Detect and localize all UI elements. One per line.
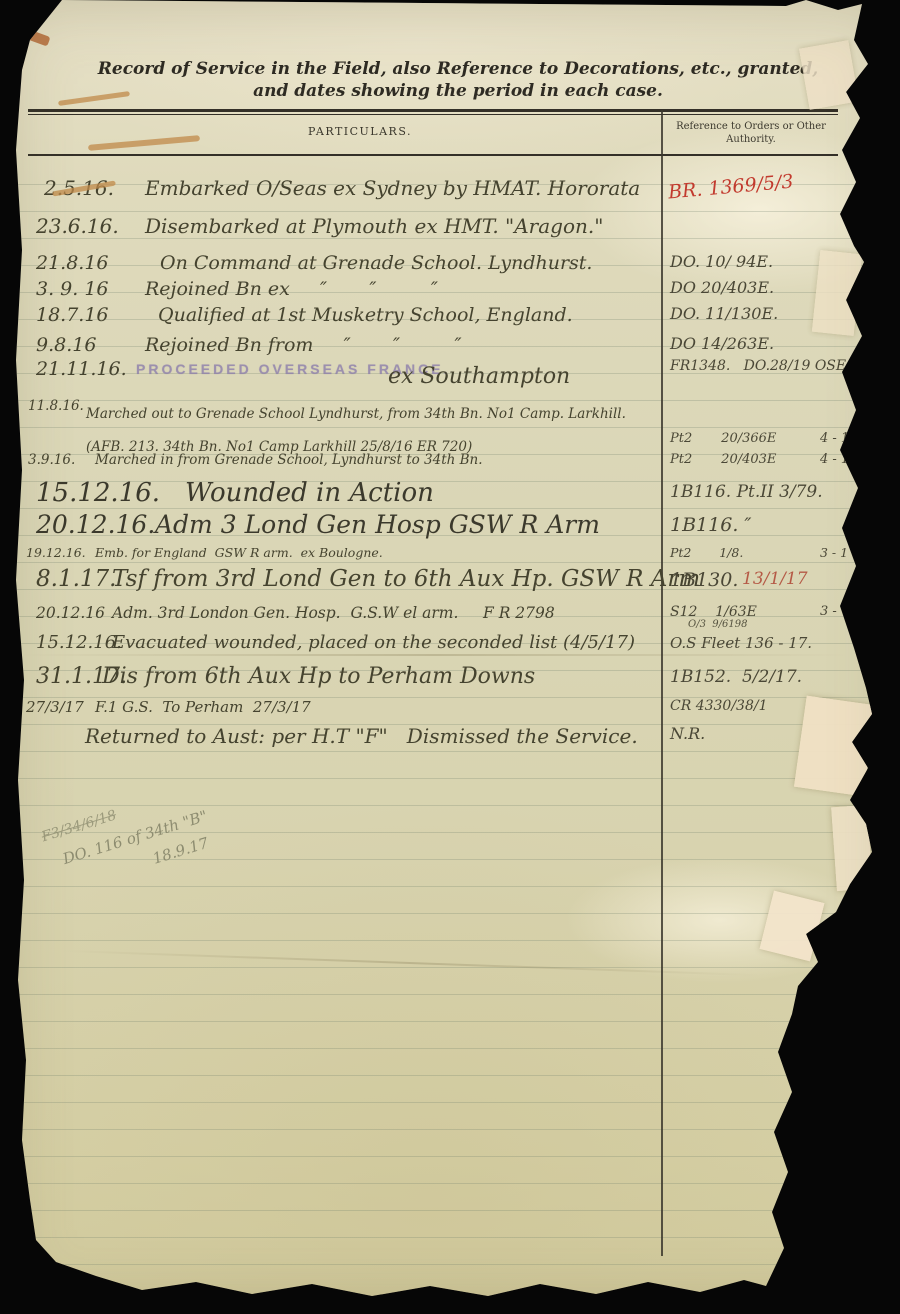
entry-text: Evacuated wounded, placed on the seconde… — [112, 632, 635, 653]
tape-repair — [760, 891, 825, 962]
entry-reference-extra: 3 - — [820, 604, 837, 619]
header-rule-top — [28, 109, 838, 112]
entry-reference: Pt2 20/366E — [670, 431, 776, 446]
entry-date: 18.7.16 — [36, 304, 109, 326]
entry-date: 3.9.16. — [28, 452, 75, 468]
entry-date: 20.12.16 — [36, 604, 105, 622]
column-header-particulars: PARTICULARS. — [60, 125, 660, 138]
entry-reference-superscript: O/3 9/6198 — [688, 619, 747, 630]
entry-date: 19.12.16. — [26, 545, 86, 560]
entry-text: Marched in from Grenade School, Lyndhurs… — [95, 452, 483, 468]
entry-text: F.1 G.S. To Perham 27/3/17 — [95, 698, 311, 716]
column-header-reference: Reference to Orders or Other Authority. — [672, 120, 830, 146]
scanned-document-canvas: Record of Service in the Field, also Ref… — [0, 0, 900, 1314]
entry-text: Wounded in Action — [185, 478, 434, 508]
entry-reference: DO 20/403E. — [670, 278, 774, 297]
paper-crease — [20, 654, 850, 656]
entry-reference: DO. 11/130E. — [670, 304, 778, 323]
entry-date: 15.12.16. — [36, 632, 122, 653]
entry-text: Adm. 3rd London Gen. Hosp. G.S.W el arm.… — [112, 604, 555, 622]
entry-reference-extra: 4 - 10 — [820, 431, 857, 446]
entry-text: Rejoined Bn ex ″ ″ ″ — [145, 278, 438, 300]
entry-reference: 1B116. Pt.II 3/79. — [670, 482, 823, 502]
entry-reference: 1B130. — [670, 569, 738, 591]
rust-stain — [52, 180, 116, 196]
entry-text: Rejoined Bn from ″ ″ ″ — [145, 334, 462, 356]
entry-date: 11.8.16. — [28, 398, 84, 414]
entry-reference-extra: 13/1/17 — [742, 569, 808, 589]
tape-repair — [831, 805, 873, 891]
pencil-annotation: F3/34/6/18 DO. 116 of 34th "B" 18.9.17 — [40, 754, 289, 830]
proceeded-overseas-stamp: PROCEEDED OVERSEAS FRANCE. — [136, 361, 450, 377]
entry-text: Tsf from 3rd Lond Gen to 6th Aux Hp. GSW… — [112, 566, 700, 592]
entry-text: On Command at Grenade School. Lyndhurst. — [160, 252, 592, 274]
entry-text: ex Southampton — [388, 364, 570, 389]
entry-reference: BR. 1369/5/3 — [667, 171, 794, 204]
entry-date: 27/3/17 — [26, 698, 84, 716]
entry-reference-extra: 3 - 1 - — [820, 545, 856, 560]
entry-text: Adm 3 Lond Gen Hosp GSW R Arm — [155, 510, 600, 539]
page-title: Record of Service in the Field, also Ref… — [86, 58, 830, 102]
tape-repair — [812, 250, 862, 336]
entry-date: 23.6.16. — [36, 214, 119, 238]
entry-text: Dis from 6th Aux Hp to Perham Downs — [102, 664, 535, 689]
entry-date: 3. 9. 16 — [36, 278, 109, 300]
entry-reference: Pt2 20/403E — [670, 452, 776, 467]
tape-repair — [794, 696, 876, 797]
tape-repair — [799, 40, 859, 110]
entry-date: 9.8.16 — [36, 334, 96, 356]
pencil-line: 18.9.17 — [151, 834, 211, 868]
entry-text: Disembarked at Plymouth ex HMT. "Aragon.… — [145, 214, 603, 238]
rust-stain — [88, 135, 200, 151]
rust-stain — [58, 91, 130, 106]
entry-date: 31.1.17. — [36, 664, 127, 689]
entry-reference: 1B116. ″ — [670, 514, 752, 536]
pencil-line: F3/34/6/18 — [40, 807, 119, 845]
paper-crease — [60, 950, 760, 976]
entry-reference: DO 14/263E. — [670, 334, 774, 353]
entry-date: 20.12.16. — [36, 510, 155, 539]
header-rule-top-thin — [28, 114, 838, 115]
entry-text: Embarked O/Seas ex Sydney by HMAT. Horor… — [145, 176, 640, 200]
entry-text: Returned to Aust: per H.T "F" Dismissed … — [85, 724, 638, 748]
entry-reference: Pt2 1/8. — [670, 545, 743, 560]
entry-reference: DO. 10/ 94E. — [670, 252, 773, 271]
pencil-line: DO. 116 of 34th "B" — [61, 807, 210, 868]
entry-reference: 1B152. 5/2/17. — [670, 667, 802, 687]
entry-text: Qualified at 1st Musketry School, Englan… — [158, 304, 573, 326]
entry-date: 21.8.16 — [36, 252, 109, 274]
column-divider — [661, 110, 663, 1256]
entry-reference: CR 4330/38/1 — [670, 698, 768, 714]
entry-reference: S12 1/63E — [670, 604, 757, 620]
entry-reference: N.R. — [670, 724, 705, 743]
entry-date: 8.1.17. — [36, 566, 116, 592]
ruled-lines — [0, 158, 900, 1278]
rust-stain — [9, 23, 50, 46]
entry-reference-extra: 4 - 11 — [820, 452, 857, 467]
entry-reference: FR1348. DO.28/19 OSE — [670, 358, 846, 374]
record-of-service-page: Record of Service in the Field, also Ref… — [0, 0, 900, 1314]
entry-date: 21.11.16. — [36, 358, 127, 380]
entry-date: 15.12.16. — [36, 478, 160, 508]
header-rule-bottom — [28, 154, 838, 156]
entry-date: 2.5.16. — [44, 176, 114, 200]
entry-reference: O.S Fleet 136 - 17. — [670, 634, 812, 652]
entry-text: Marched out to Grenade School Lyndhurst,… — [86, 398, 634, 464]
entry-text: Emb. for England GSW R arm. ex Boulogne. — [95, 545, 383, 560]
